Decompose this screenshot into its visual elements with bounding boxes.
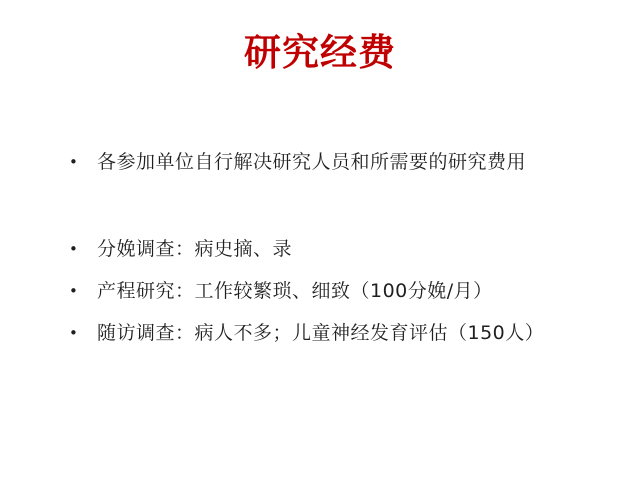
bullet-item: • 各参加单位自行解决研究人员和所需要的研究费用 <box>66 148 606 176</box>
bullet-text: 分娩调查：病史摘、录 <box>97 235 606 263</box>
bullet-text: 产程研究：工作较繁琐、细致（100分娩/月） <box>97 277 606 305</box>
bullet-icon: • <box>66 277 97 305</box>
presentation-slide: 研究经费 • 各参加单位自行解决研究人员和所需要的研究费用 • 分娩调查：病史摘… <box>0 0 640 480</box>
bullet-text: 随访调查：病人不多；儿童神经发育评估（150人） <box>97 319 606 347</box>
bullet-icon: • <box>66 319 97 347</box>
bullet-icon: • <box>66 148 97 176</box>
bullet-item: • 分娩调查：病史摘、录 <box>66 235 606 263</box>
bullet-text: 各参加单位自行解决研究人员和所需要的研究费用 <box>97 148 606 176</box>
bullet-item: • 产程研究：工作较繁琐、细致（100分娩/月） <box>66 277 606 305</box>
slide-title: 研究经费 <box>0 32 640 75</box>
bullet-icon: • <box>66 235 97 263</box>
bullet-list: • 各参加单位自行解决研究人员和所需要的研究费用 • 分娩调查：病史摘、录 • … <box>66 148 606 361</box>
bullet-item: • 随访调查：病人不多；儿童神经发育评估（150人） <box>66 319 606 347</box>
